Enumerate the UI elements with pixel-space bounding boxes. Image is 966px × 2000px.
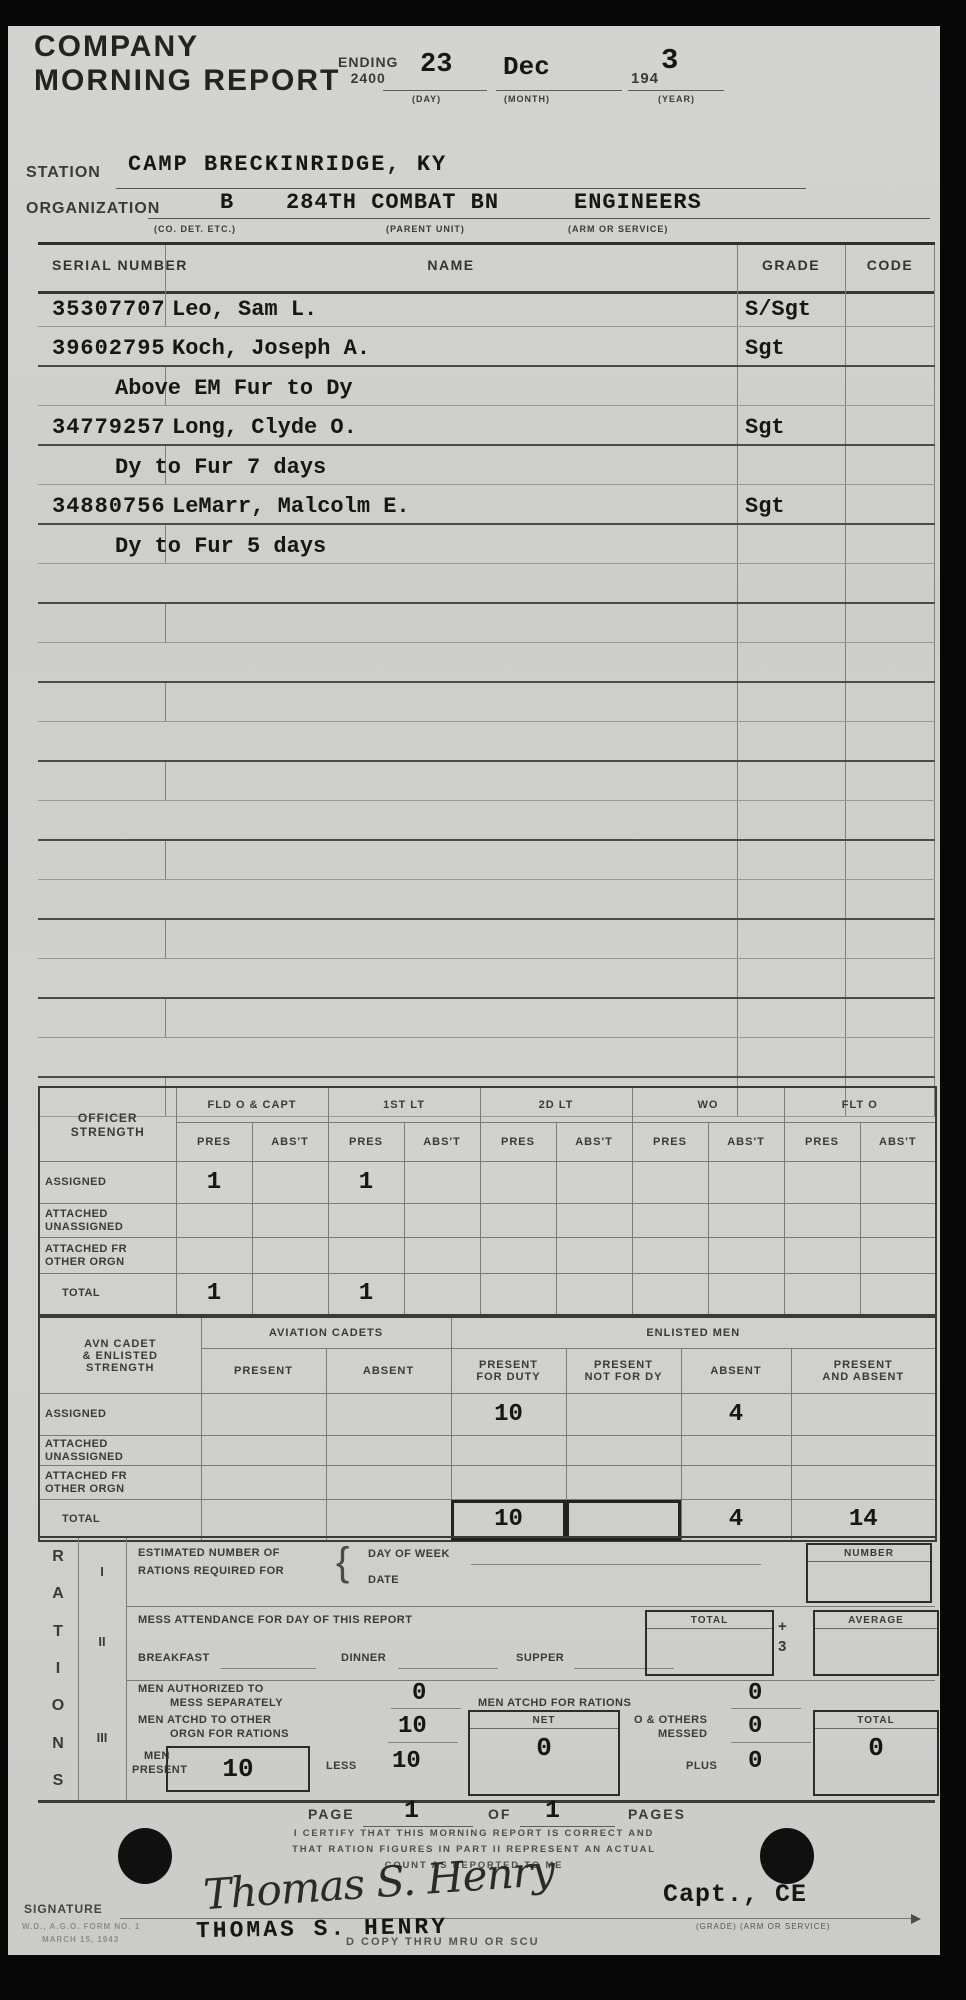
column-divider bbox=[934, 801, 935, 839]
signature-label: SIGNATURE bbox=[24, 1902, 103, 1916]
day-of-week-line bbox=[471, 1564, 761, 1565]
organization-company: B bbox=[220, 190, 233, 215]
organization-parent-unit: 284TH COMBAT BN bbox=[286, 190, 499, 215]
officer-cell bbox=[784, 1238, 860, 1274]
enlisted-corner-label: AVN CADET & ENLISTED STRENGTH bbox=[39, 1317, 201, 1394]
enlisted-header-row: AVN CADET & ENLISTED STRENGTHAVIATION CA… bbox=[39, 1317, 936, 1349]
officer-cell: 1 bbox=[176, 1274, 252, 1315]
officer-cell bbox=[860, 1162, 936, 1204]
rations-total-value: 0 bbox=[815, 1733, 937, 1763]
officer-cell: 1 bbox=[328, 1162, 404, 1204]
enlisted-cell bbox=[681, 1466, 791, 1500]
officer-sub-header: PRES bbox=[632, 1123, 708, 1162]
enlisted-cell bbox=[326, 1436, 451, 1466]
column-divider bbox=[737, 288, 738, 326]
officer-sub-header: PRES bbox=[480, 1123, 556, 1162]
enlisted-sub-header: PRESENT bbox=[201, 1349, 326, 1394]
column-divider bbox=[934, 683, 935, 721]
officer-cell bbox=[556, 1204, 632, 1238]
officer-row-label: ATTACHED FR OTHER ORGN bbox=[39, 1238, 176, 1274]
column-divider bbox=[934, 959, 935, 997]
roster-header: SERIAL NUMBER NAME GRADE CODE bbox=[38, 242, 935, 294]
roster-row: 35307707Leo, Sam L.S/Sgt bbox=[38, 288, 935, 327]
column-divider bbox=[934, 327, 935, 365]
others-messed-value: 0 bbox=[748, 1713, 762, 1740]
enlisted-cell bbox=[326, 1466, 451, 1500]
signature-line-arrow bbox=[911, 1914, 921, 1924]
enlisted-sub-header: ABSENT bbox=[681, 1349, 791, 1394]
column-divider bbox=[934, 604, 935, 642]
column-divider bbox=[845, 446, 846, 484]
estimated-rations-line2: RATIONS REQUIRED FOR bbox=[138, 1565, 284, 1577]
officer-cell bbox=[176, 1204, 252, 1238]
divisor: 3 bbox=[778, 1638, 786, 1655]
officer-cell bbox=[632, 1162, 708, 1204]
hole-punch-left bbox=[118, 1828, 172, 1884]
net-box: NET 0 bbox=[468, 1710, 620, 1796]
enlisted-cell bbox=[451, 1436, 566, 1466]
column-divider bbox=[737, 880, 738, 918]
year-underline bbox=[628, 90, 724, 91]
column-divider bbox=[934, 722, 935, 760]
officer-cell bbox=[860, 1238, 936, 1274]
number-box: NUMBER bbox=[806, 1543, 932, 1603]
roster-row bbox=[38, 762, 935, 801]
officer-row-label: ASSIGNED bbox=[39, 1162, 176, 1204]
grade-value: Capt., CE bbox=[663, 1880, 807, 1909]
officer-cell bbox=[784, 1274, 860, 1315]
others-line1: O & OTHERS bbox=[634, 1714, 707, 1726]
enlisted-cell bbox=[451, 1466, 566, 1500]
column-divider bbox=[845, 722, 846, 760]
officer-cell bbox=[328, 1204, 404, 1238]
officer-row: ATTACHED FR OTHER ORGN bbox=[39, 1238, 936, 1274]
column-divider bbox=[934, 762, 935, 800]
officer-row-label: TOTAL bbox=[39, 1274, 176, 1315]
officer-cell bbox=[708, 1274, 784, 1315]
column-divider bbox=[845, 288, 846, 326]
officer-group-header: 2D LT bbox=[480, 1087, 632, 1123]
roster-row bbox=[38, 604, 935, 643]
column-divider bbox=[737, 841, 738, 879]
men-authorized-line2: MESS SEPARATELY bbox=[170, 1697, 283, 1709]
column-divider bbox=[934, 999, 935, 1037]
pages-label: PAGES bbox=[628, 1806, 686, 1822]
column-divider bbox=[934, 643, 935, 681]
officer-sub-header: ABS'T bbox=[252, 1123, 328, 1162]
roster-name: Leo, Sam L. bbox=[172, 297, 317, 322]
column-divider bbox=[165, 999, 166, 1037]
net-value: 0 bbox=[470, 1733, 618, 1763]
officer-group-header: FLD O & CAPT bbox=[176, 1087, 328, 1123]
month-underline bbox=[496, 90, 622, 91]
roster-serial: 34779257 bbox=[52, 415, 166, 440]
station-value: CAMP BRECKINRIDGE, KY bbox=[128, 152, 447, 177]
roster-remark: Dy to Fur 5 days bbox=[115, 534, 326, 559]
rations-numeral-1: I bbox=[78, 1564, 126, 1579]
officer-cell bbox=[480, 1162, 556, 1204]
enlisted-cell bbox=[791, 1466, 936, 1500]
year-value: 3 bbox=[661, 44, 678, 77]
officer-group-header: 1ST LT bbox=[328, 1087, 480, 1123]
underline bbox=[731, 1708, 801, 1709]
roster-row bbox=[38, 722, 935, 762]
enlisted-men-header: ENLISTED MEN bbox=[451, 1317, 936, 1349]
officer-sub-header: ABS'T bbox=[556, 1123, 632, 1162]
enlisted-sub-header: PRESENT NOT FOR DY bbox=[566, 1349, 681, 1394]
rations-letter: N bbox=[52, 1735, 64, 1753]
mess-separately-value: 0 bbox=[412, 1680, 426, 1707]
dinner-line bbox=[398, 1668, 498, 1669]
column-divider bbox=[737, 762, 738, 800]
rations-total-box: TOTAL 0 bbox=[813, 1710, 939, 1796]
officer-group-header: FLT O bbox=[784, 1087, 936, 1123]
grade-sub-caption: (GRADE) (ARM OR SERVICE) bbox=[696, 1922, 831, 1931]
year-caption: (YEAR) bbox=[658, 94, 695, 104]
organization-label: ORGANIZATION bbox=[26, 200, 160, 218]
estimated-rations-line1: ESTIMATED NUMBER OF bbox=[138, 1547, 280, 1559]
officer-row: ATTACHED UNASSIGNED bbox=[39, 1204, 936, 1238]
underline bbox=[388, 1742, 458, 1743]
roster-serial: 35307707 bbox=[52, 297, 166, 322]
officer-cell bbox=[632, 1204, 708, 1238]
roster-row: 34779257Long, Clyde O.Sgt bbox=[38, 406, 935, 446]
breakfast-label: BREAKFAST bbox=[138, 1652, 210, 1664]
column-divider bbox=[845, 999, 846, 1037]
ending-label: ENDING 2400 bbox=[338, 54, 398, 86]
column-divider bbox=[845, 959, 846, 997]
officer-group-header: WO bbox=[632, 1087, 784, 1123]
enlisted-cell bbox=[201, 1436, 326, 1466]
officer-cell bbox=[480, 1274, 556, 1315]
enlisted-row-label: ASSIGNED bbox=[39, 1394, 201, 1436]
column-divider bbox=[934, 880, 935, 918]
plus-label: PLUS bbox=[686, 1760, 717, 1772]
column-divider bbox=[934, 564, 935, 602]
enlisted-row: TOTAL10414 bbox=[39, 1500, 936, 1541]
column-divider bbox=[737, 643, 738, 681]
officer-cell bbox=[404, 1274, 480, 1315]
roster-serial: 34880756 bbox=[52, 494, 166, 519]
rations-numerals: I II III bbox=[78, 1538, 127, 1800]
roster-serial: 39602795 bbox=[52, 336, 166, 361]
enlisted-cell bbox=[566, 1394, 681, 1436]
roster-row: 34880756LeMarr, Malcolm E.Sgt bbox=[38, 485, 935, 525]
column-divider bbox=[845, 604, 846, 642]
day-value: 23 bbox=[420, 50, 452, 80]
officer-corner-label: OFFICER STRENGTH bbox=[39, 1087, 176, 1162]
enlisted-cell bbox=[681, 1436, 791, 1466]
column-divider bbox=[934, 446, 935, 484]
officer-strength-table: OFFICER STRENGTHFLD O & CAPT1ST LT2D LTW… bbox=[38, 1086, 937, 1316]
column-divider bbox=[934, 920, 935, 958]
column-divider bbox=[934, 245, 935, 291]
roster-grade: Sgt bbox=[745, 494, 785, 519]
day-caption: (DAY) bbox=[412, 94, 441, 104]
enlisted-cell bbox=[326, 1500, 451, 1541]
officer-cell: 1 bbox=[176, 1162, 252, 1204]
roster-row bbox=[38, 564, 935, 604]
organization-sub2: (PARENT UNIT) bbox=[386, 224, 465, 234]
column-divider bbox=[845, 245, 846, 291]
column-divider bbox=[165, 604, 166, 642]
column-divider bbox=[737, 959, 738, 997]
roster-name: Koch, Joseph A. bbox=[172, 336, 370, 361]
date-label: DATE bbox=[368, 1574, 399, 1586]
column-divider bbox=[934, 288, 935, 326]
mess-total-box: TOTAL bbox=[645, 1610, 774, 1676]
underline bbox=[731, 1742, 811, 1743]
number-box-label: NUMBER bbox=[808, 1545, 930, 1562]
column-divider bbox=[845, 643, 846, 681]
rations-numeral-3: III bbox=[78, 1730, 126, 1745]
column-divider bbox=[934, 367, 935, 405]
roster-grade: Sgt bbox=[745, 336, 785, 361]
officer-cell bbox=[632, 1274, 708, 1315]
form-number-line1: W.D., A.G.O. FORM NO. 1 bbox=[22, 1922, 140, 1931]
mess-total-label: TOTAL bbox=[647, 1612, 772, 1629]
station-underline bbox=[116, 188, 806, 189]
officer-sub-header: ABS'T bbox=[860, 1123, 936, 1162]
officer-cell bbox=[556, 1274, 632, 1315]
others-line2: MESSED bbox=[658, 1728, 707, 1740]
plus-value: 0 bbox=[748, 1748, 762, 1775]
officer-sub-header: PRES bbox=[176, 1123, 252, 1162]
month-value: Dec bbox=[503, 52, 550, 82]
roster-remark: Dy to Fur 7 days bbox=[115, 455, 326, 480]
column-divider bbox=[737, 564, 738, 602]
of-label: OF bbox=[488, 1806, 511, 1822]
roster-grade: S/Sgt bbox=[745, 297, 811, 322]
enlisted-cell bbox=[791, 1436, 936, 1466]
men-atchd-other-line2: ORGN FOR RATIONS bbox=[170, 1728, 289, 1740]
column-divider bbox=[165, 762, 166, 800]
roster-header-code: CODE bbox=[845, 257, 935, 273]
officer-cell bbox=[708, 1204, 784, 1238]
brace-glyph: { bbox=[336, 1540, 349, 1585]
enlisted-cell bbox=[566, 1436, 681, 1466]
enlisted-sub-header: PRESENT AND ABSENT bbox=[791, 1349, 936, 1394]
roster-grade: Sgt bbox=[745, 415, 785, 440]
rations-letter: A bbox=[52, 1585, 64, 1603]
column-divider bbox=[737, 801, 738, 839]
roster-row bbox=[38, 920, 935, 959]
roster-header-grade: GRADE bbox=[737, 257, 845, 273]
men-present-box: 10 bbox=[166, 1746, 310, 1792]
officer-cell bbox=[556, 1238, 632, 1274]
thru-text: D COPY THRU MRU OR SCU bbox=[346, 1936, 540, 1948]
column-divider bbox=[737, 920, 738, 958]
officer-cell bbox=[328, 1238, 404, 1274]
column-divider bbox=[737, 327, 738, 365]
rations-section-1: ESTIMATED NUMBER OF RATIONS REQUIRED FOR… bbox=[126, 1538, 935, 1607]
roster-row bbox=[38, 999, 935, 1038]
form-title-line2: MORNING REPORT bbox=[34, 64, 340, 98]
enlisted-row-label: ATTACHED UNASSIGNED bbox=[39, 1436, 201, 1466]
divide-sign: + bbox=[778, 1618, 787, 1635]
rations-section-2: MESS ATTENDANCE FOR DAY OF THIS REPORT B… bbox=[126, 1606, 935, 1681]
officer-cell bbox=[480, 1204, 556, 1238]
rations-letter: S bbox=[53, 1772, 64, 1790]
enlisted-cell bbox=[326, 1394, 451, 1436]
year-prefix: 194 bbox=[631, 70, 659, 87]
roster-name: LeMarr, Malcolm E. bbox=[172, 494, 410, 519]
enlisted-sub-header: PRESENT FOR DUTY bbox=[451, 1349, 566, 1394]
enlisted-cell bbox=[201, 1500, 326, 1541]
rations-numeral-2: II bbox=[78, 1634, 126, 1649]
page-value: 1 bbox=[404, 1796, 419, 1825]
officer-cell bbox=[632, 1238, 708, 1274]
hole-punch-right bbox=[760, 1828, 814, 1884]
less-label: LESS bbox=[326, 1760, 357, 1772]
enlisted-cell: 14 bbox=[791, 1500, 936, 1541]
roster-row: Dy to Fur 5 days bbox=[38, 525, 935, 564]
column-divider bbox=[165, 245, 166, 291]
column-divider bbox=[845, 801, 846, 839]
officer-cell: 1 bbox=[328, 1274, 404, 1315]
column-divider bbox=[737, 1038, 738, 1076]
column-divider bbox=[845, 1038, 846, 1076]
column-divider bbox=[845, 880, 846, 918]
form-number-line2: MARCH 15, 1943 bbox=[42, 1935, 119, 1944]
enlisted-cell bbox=[201, 1466, 326, 1500]
officer-cell bbox=[252, 1238, 328, 1274]
roster-row bbox=[38, 801, 935, 841]
column-divider bbox=[845, 564, 846, 602]
form-title-line1: COMPANY bbox=[34, 30, 199, 64]
column-divider bbox=[737, 525, 738, 563]
enlisted-cell: 10 bbox=[451, 1500, 566, 1541]
officer-cell bbox=[252, 1204, 328, 1238]
enlisted-cell: 4 bbox=[681, 1500, 791, 1541]
column-divider bbox=[845, 683, 846, 721]
mess-average-box: AVERAGE bbox=[813, 1610, 939, 1676]
enlisted-cell bbox=[791, 1394, 936, 1436]
officer-row: ASSIGNED11 bbox=[39, 1162, 936, 1204]
column-divider bbox=[737, 604, 738, 642]
officer-cell bbox=[708, 1238, 784, 1274]
officer-sub-header: ABS'T bbox=[708, 1123, 784, 1162]
enlisted-row: ATTACHED FR OTHER ORGN bbox=[39, 1466, 936, 1500]
officer-cell bbox=[252, 1162, 328, 1204]
officer-cell bbox=[404, 1204, 480, 1238]
enlisted-row-label: ATTACHED FR OTHER ORGN bbox=[39, 1466, 201, 1500]
officer-cell bbox=[404, 1238, 480, 1274]
supper-label: SUPPER bbox=[516, 1652, 564, 1664]
men-atchd-other-line1: MEN ATCHD TO OTHER bbox=[138, 1714, 271, 1726]
atchd-other-value: 10 bbox=[398, 1713, 427, 1740]
roster-row bbox=[38, 841, 935, 880]
column-divider bbox=[165, 683, 166, 721]
officer-sub-header: PRES bbox=[328, 1123, 404, 1162]
underline bbox=[391, 1708, 461, 1709]
column-divider bbox=[737, 683, 738, 721]
column-divider bbox=[737, 722, 738, 760]
month-caption: (MONTH) bbox=[504, 94, 550, 104]
column-divider bbox=[934, 841, 935, 879]
column-divider bbox=[845, 406, 846, 444]
enlisted-row-label: TOTAL bbox=[39, 1500, 201, 1541]
column-divider bbox=[737, 446, 738, 484]
officer-cell bbox=[860, 1204, 936, 1238]
officer-sub-header: PRES bbox=[784, 1123, 860, 1162]
net-label: NET bbox=[470, 1712, 618, 1729]
morning-report-page: COMPANY MORNING REPORT ENDING 2400 23 (D… bbox=[8, 26, 940, 1955]
enlisted-cell: 4 bbox=[681, 1394, 791, 1436]
enlisted-strength-table: AVN CADET & ENLISTED STRENGTHAVIATION CA… bbox=[38, 1316, 937, 1542]
officer-sub-header: ABS'T bbox=[404, 1123, 480, 1162]
officer-cell bbox=[860, 1274, 936, 1315]
less-value: 10 bbox=[392, 1748, 421, 1775]
roster-row bbox=[38, 1038, 935, 1078]
officer-cell bbox=[480, 1238, 556, 1274]
officer-cell bbox=[708, 1162, 784, 1204]
enlisted-cell: 10 bbox=[451, 1394, 566, 1436]
rations-section-3: MEN AUTHORIZED TO MESS SEPARATELY 0 MEN … bbox=[126, 1680, 935, 1800]
column-divider bbox=[845, 367, 846, 405]
column-divider bbox=[165, 920, 166, 958]
officer-cell bbox=[176, 1238, 252, 1274]
mess-average-label: AVERAGE bbox=[815, 1612, 937, 1629]
roster-header-name: NAME bbox=[165, 257, 737, 273]
rations-side-letters: RATIONS bbox=[38, 1538, 79, 1800]
officer-row: TOTAL11 bbox=[39, 1274, 936, 1315]
rations-letter: R bbox=[52, 1548, 64, 1566]
column-divider bbox=[934, 485, 935, 523]
column-divider bbox=[737, 406, 738, 444]
column-divider bbox=[845, 525, 846, 563]
roster-row: 39602795Koch, Joseph A.Sgt bbox=[38, 327, 935, 367]
column-divider bbox=[845, 485, 846, 523]
organization-sub1: (CO. DET. ETC.) bbox=[154, 224, 236, 234]
column-divider bbox=[845, 841, 846, 879]
officer-header-row: OFFICER STRENGTHFLD O & CAPT1ST LT2D LTW… bbox=[39, 1087, 936, 1123]
men-atchd-for-rations-label: MEN ATCHD FOR RATIONS bbox=[478, 1697, 631, 1709]
column-divider bbox=[845, 327, 846, 365]
roster-row bbox=[38, 643, 935, 683]
roster-row bbox=[38, 683, 935, 722]
enlisted-cell bbox=[201, 1394, 326, 1436]
rations-letter: I bbox=[56, 1660, 60, 1678]
pages-value: 1 bbox=[545, 1796, 560, 1825]
column-divider bbox=[737, 367, 738, 405]
organization-sub3: (ARM OR SERVICE) bbox=[568, 224, 668, 234]
officer-cell bbox=[404, 1162, 480, 1204]
officer-cell bbox=[784, 1204, 860, 1238]
mess-attendance-title: MESS ATTENDANCE FOR DAY OF THIS REPORT bbox=[138, 1614, 412, 1626]
column-divider bbox=[737, 485, 738, 523]
roster-body: 35307707Leo, Sam L.S/Sgt39602795Koch, Jo… bbox=[38, 288, 935, 1117]
day-of-week-label: DAY OF WEEK bbox=[368, 1548, 450, 1560]
rations-letter: T bbox=[53, 1623, 63, 1641]
enlisted-row: ATTACHED UNASSIGNED bbox=[39, 1436, 936, 1466]
station-label: STATION bbox=[26, 164, 101, 182]
officer-row-label: ATTACHED UNASSIGNED bbox=[39, 1204, 176, 1238]
roster-row: Dy to Fur 7 days bbox=[38, 446, 935, 485]
men-atchd-for-rations-value: 0 bbox=[748, 1680, 762, 1707]
enlisted-row: ASSIGNED104 bbox=[39, 1394, 936, 1436]
roster-row bbox=[38, 959, 935, 999]
rations-section: RATIONS I II III ESTIMATED NUMBER OF RAT… bbox=[38, 1536, 935, 1803]
roster-row bbox=[38, 880, 935, 920]
dinner-label: DINNER bbox=[341, 1652, 386, 1664]
roster-remark: Above EM Fur to Dy bbox=[115, 376, 353, 401]
officer-cell bbox=[556, 1162, 632, 1204]
roster-name: Long, Clyde O. bbox=[172, 415, 357, 440]
column-divider bbox=[737, 999, 738, 1037]
column-divider bbox=[737, 245, 738, 291]
roster-row: Above EM Fur to Dy bbox=[38, 367, 935, 406]
